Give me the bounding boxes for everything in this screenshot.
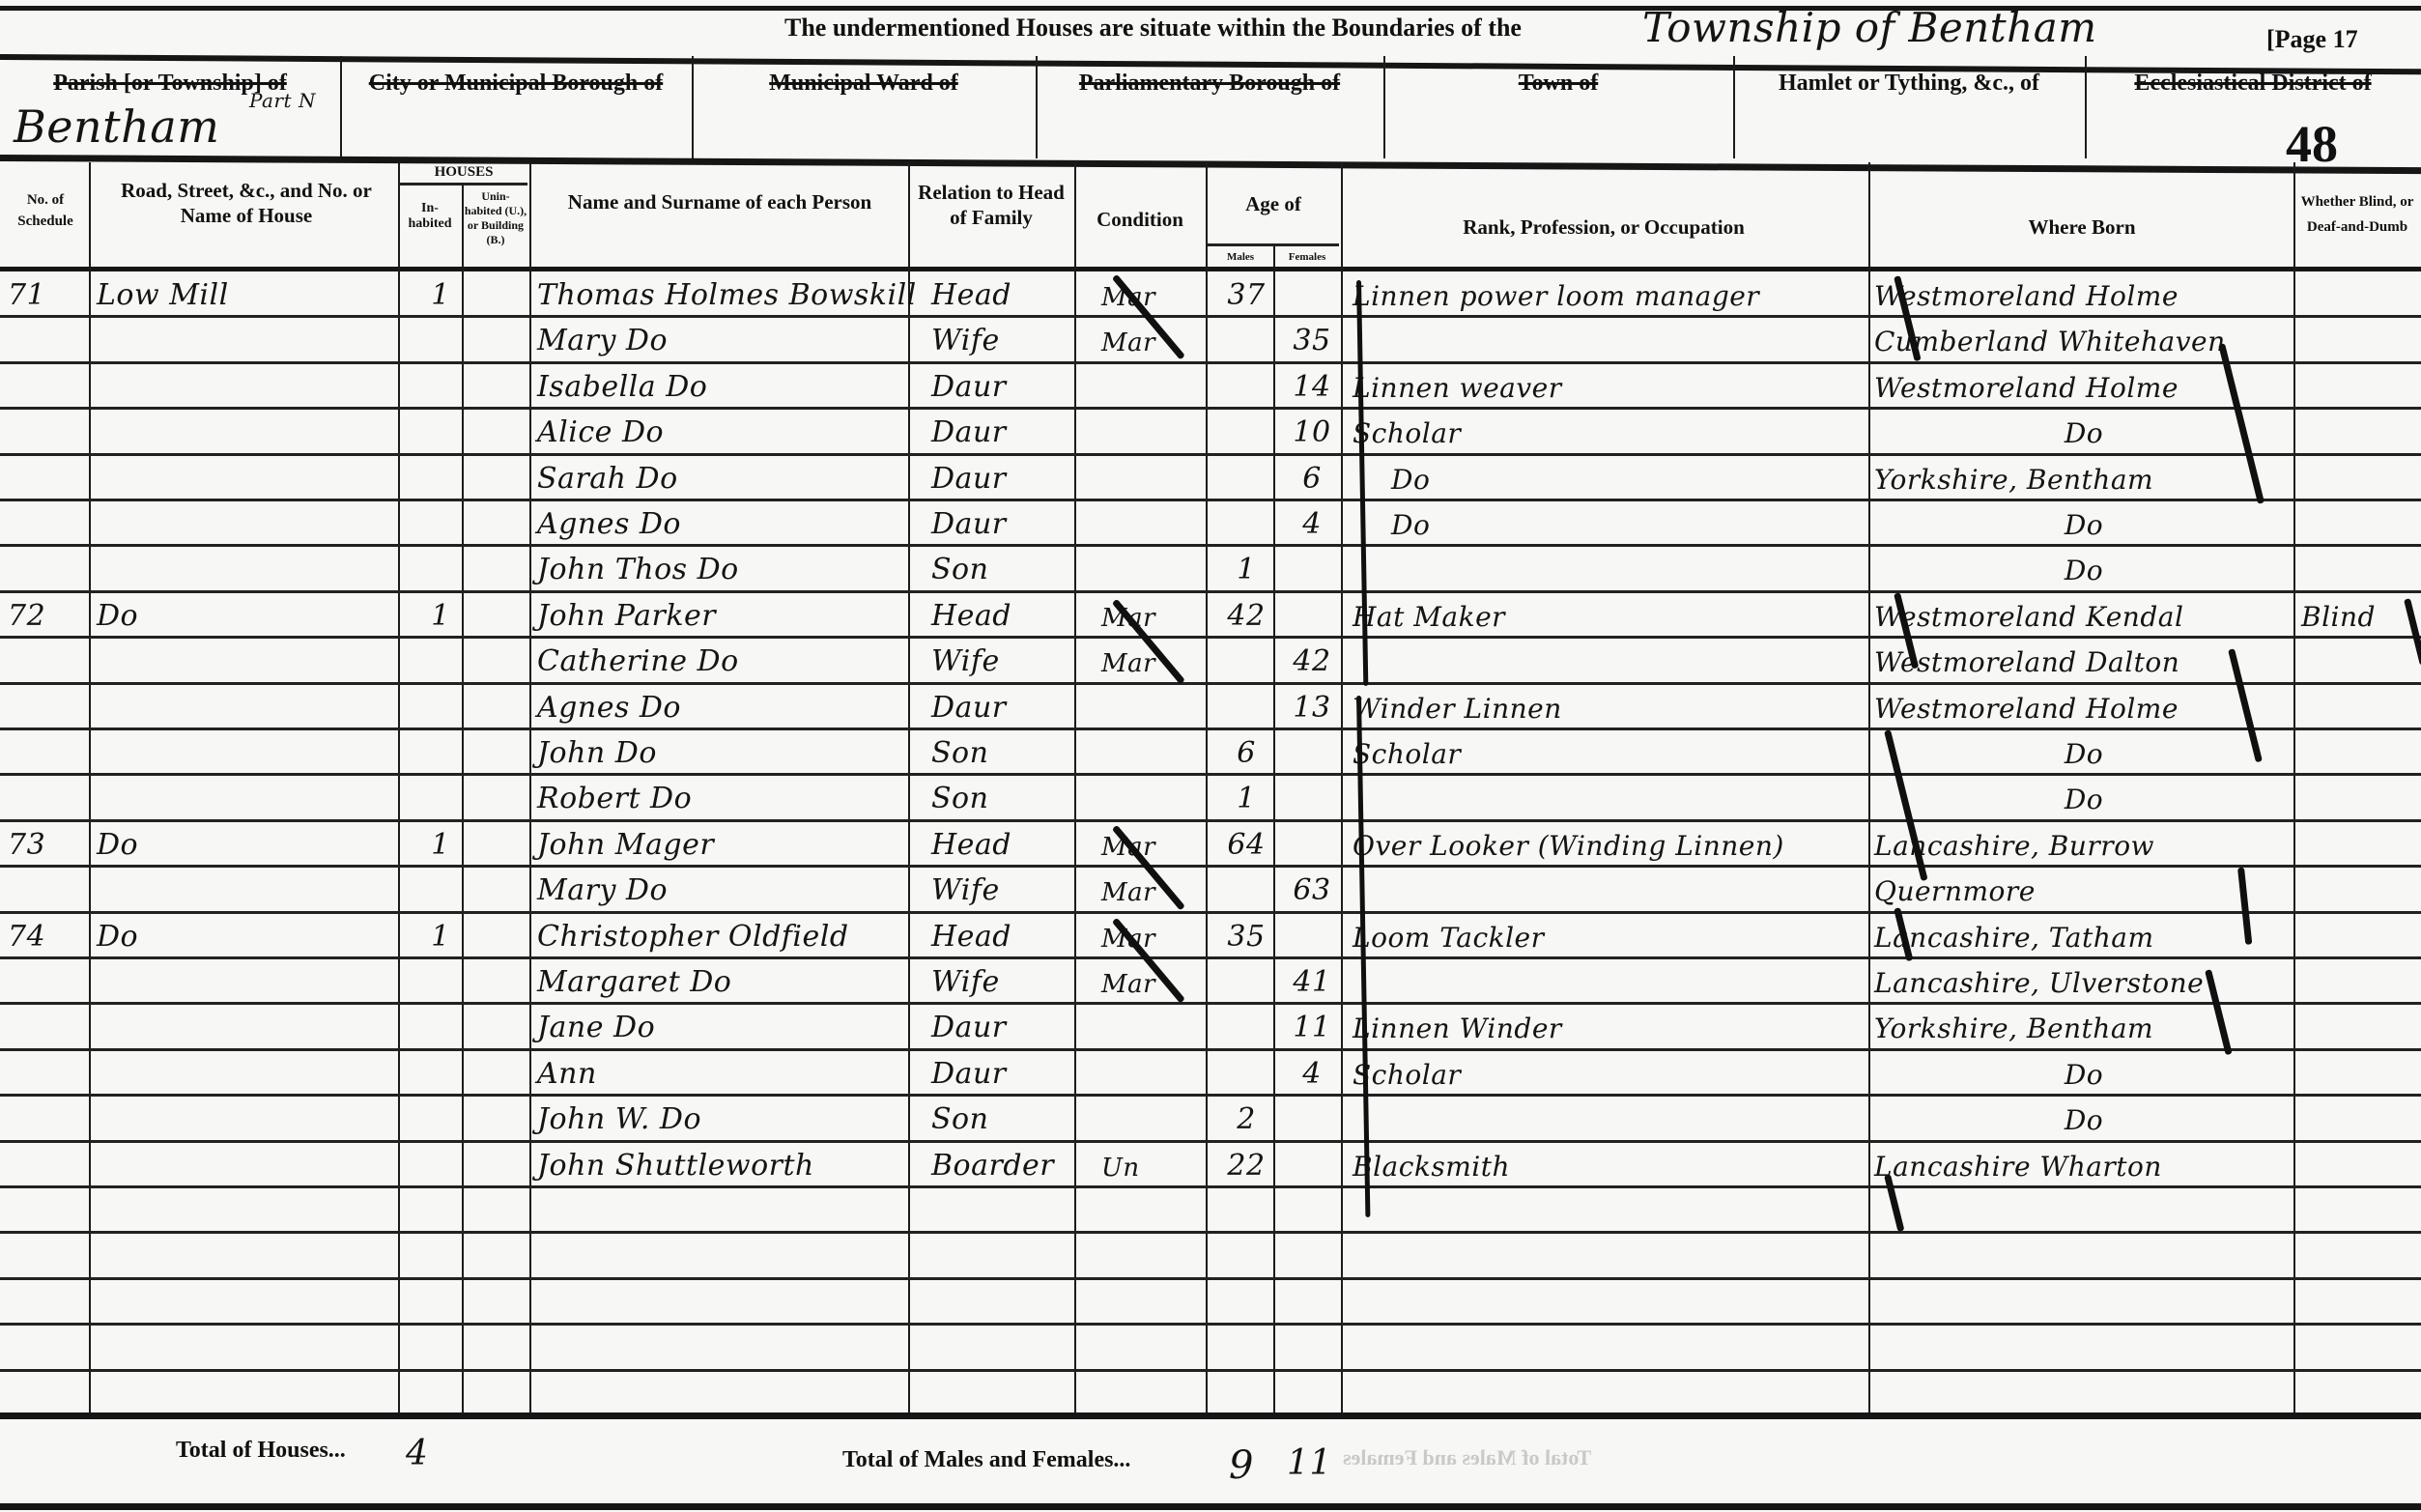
cell-inhabited <box>423 639 458 684</box>
header-boxes-bottom-rule <box>0 155 2421 174</box>
cell-male-age <box>1219 318 1273 363</box>
cell-relation: Son <box>931 776 1072 821</box>
cell-street <box>97 730 392 776</box>
cell-female-age <box>1285 1188 1339 1234</box>
cell-occupation: Linnen power loom manager <box>1353 272 1865 318</box>
cell-female-age <box>1285 1326 1339 1371</box>
cell-condition <box>1101 730 1204 776</box>
cell-female-age <box>1285 272 1339 318</box>
cell-condition <box>1101 410 1204 455</box>
cell-street <box>97 959 392 1005</box>
header-box-label-6: Ecclesiastical District of <box>2093 70 2413 97</box>
cell-uninhabited <box>468 456 526 501</box>
cell-condition <box>1101 1097 1204 1142</box>
cell-where-born: Yorkshire, Bentham <box>1874 456 2293 501</box>
cell-relation: Head <box>931 593 1072 639</box>
cell-uninhabited <box>468 501 526 547</box>
cell-name: Catherine Do <box>537 639 908 684</box>
header-box-divider <box>1733 56 1735 158</box>
cell-street <box>97 456 392 501</box>
cell-inhabited <box>423 318 458 363</box>
cell-uninhabited <box>468 593 526 639</box>
col-header-occupation: Rank, Profession, or Occupation <box>1353 214 1855 240</box>
cell-occupation: Loom Tackler <box>1353 914 1865 959</box>
table-row: 71Low Mill1Thomas Holmes BowskillHeadMar… <box>0 272 2421 318</box>
cell-schedule <box>8 1097 89 1142</box>
cell-blind <box>2301 776 2417 821</box>
cell-condition <box>1101 364 1204 410</box>
banner-text: The undermentioned Houses are situate wi… <box>784 14 1522 43</box>
cell-inhabited <box>423 1234 458 1279</box>
cell-condition <box>1101 1051 1204 1097</box>
header-box-divider <box>340 56 342 158</box>
table-row: Agnes DoDaur13Winder LinnenWestmoreland … <box>0 685 2421 730</box>
cell-blind <box>2301 959 2417 1005</box>
cell-male-age <box>1219 1051 1273 1097</box>
cell-street: Do <box>97 593 392 639</box>
cell-male-age <box>1219 1005 1273 1050</box>
cell-female-age <box>1285 822 1339 868</box>
cell-uninhabited <box>468 776 526 821</box>
cell-street <box>97 1005 392 1050</box>
cell-blind <box>2301 272 2417 318</box>
cell-male-age: 42 <box>1219 593 1273 639</box>
cell-relation: Head <box>931 272 1072 318</box>
cell-street <box>97 1188 392 1234</box>
cell-female-age: 63 <box>1285 868 1339 913</box>
cell-street <box>97 364 392 410</box>
cell-occupation: Scholar <box>1353 1051 1865 1097</box>
cell-blind <box>2301 501 2417 547</box>
cell-female-age <box>1285 593 1339 639</box>
cell-where-born: Lancashire, Tatham <box>1874 914 2293 959</box>
cell-female-age: 35 <box>1285 318 1339 363</box>
cell-occupation <box>1353 547 1865 592</box>
cell-blind <box>2301 410 2417 455</box>
cell-where-born: Do <box>1874 730 2293 776</box>
cell-where-born: Do <box>1874 776 2293 821</box>
cell-male-age: 35 <box>1219 914 1273 959</box>
cell-male-age <box>1219 685 1273 730</box>
cell-condition <box>1101 685 1204 730</box>
cell-name: Christopher Oldfield <box>537 914 908 959</box>
cell-male-age <box>1219 1280 1273 1326</box>
col-header-name: Name and Surname of each Person <box>551 189 889 214</box>
cell-relation: Daur <box>931 364 1072 410</box>
cell-uninhabited <box>468 730 526 776</box>
cell-blind <box>2301 639 2417 684</box>
cell-male-age <box>1219 959 1273 1005</box>
cell-inhabited: 1 <box>423 914 458 959</box>
col-header-houses: HOUSES <box>400 164 527 185</box>
cell-uninhabited <box>468 914 526 959</box>
total-houses-value: 4 <box>406 1434 428 1473</box>
cell-street: Do <box>97 822 392 868</box>
cell-inhabited <box>423 868 458 913</box>
cell-where-born <box>1874 1326 2293 1371</box>
cell-street <box>97 1234 392 1279</box>
cell-blind <box>2301 1234 2417 1279</box>
cell-female-age: 10 <box>1285 410 1339 455</box>
cell-uninhabited <box>468 318 526 363</box>
cell-relation <box>931 1188 1072 1234</box>
cell-street: Low Mill <box>97 272 392 318</box>
cell-uninhabited <box>468 1051 526 1097</box>
col-header-where-born: Where Born <box>1874 214 2290 240</box>
cell-female-age <box>1285 730 1339 776</box>
cell-inhabited <box>423 1143 458 1188</box>
col-header-uninhabited: Unin-habited (U.), or Building (B.) <box>464 189 527 247</box>
cell-inhabited: 1 <box>423 272 458 318</box>
cell-where-born: Do <box>1874 547 2293 592</box>
cell-name: Margaret Do <box>537 959 908 1005</box>
total-persons-label: Total of Males and Females... <box>842 1447 1130 1473</box>
cell-male-age <box>1219 456 1273 501</box>
cell-street <box>97 685 392 730</box>
cell-occupation <box>1353 868 1865 913</box>
cell-uninhabited <box>468 1143 526 1188</box>
table-row: Agnes DoDaur4DoDo <box>0 501 2421 547</box>
cell-female-age <box>1285 1234 1339 1279</box>
cell-where-born <box>1874 1234 2293 1279</box>
cell-occupation <box>1353 1280 1865 1326</box>
cell-occupation <box>1353 1234 1865 1279</box>
cell-occupation <box>1353 959 1865 1005</box>
row-rule <box>0 1369 2421 1372</box>
cell-occupation: Hat Maker <box>1353 593 1865 639</box>
header-box-label-2: Municipal Ward of <box>699 70 1028 97</box>
cell-inhabited <box>423 730 458 776</box>
cell-name: John Do <box>537 730 908 776</box>
cell-female-age: 11 <box>1285 1005 1339 1050</box>
cell-blind <box>2301 364 2417 410</box>
cell-male-age: 1 <box>1219 547 1273 592</box>
cell-male-age: 64 <box>1219 822 1273 868</box>
cell-inhabited <box>423 776 458 821</box>
cell-street <box>97 318 392 363</box>
cell-schedule <box>8 639 89 684</box>
table-row <box>0 1326 2421 1371</box>
cell-relation: Wife <box>931 318 1072 363</box>
cell-occupation <box>1353 318 1865 363</box>
cell-name: Robert Do <box>537 776 908 821</box>
cell-name: John Parker <box>537 593 908 639</box>
cell-male-age: 22 <box>1219 1143 1273 1188</box>
cell-where-born <box>1874 1188 2293 1234</box>
cell-inhabited <box>423 364 458 410</box>
table-row: Isabella DoDaur14Linnen weaverWestmorela… <box>0 364 2421 410</box>
cell-male-age <box>1219 1188 1273 1234</box>
cell-inhabited <box>423 547 458 592</box>
cell-relation <box>931 1280 1072 1326</box>
cell-name: Agnes Do <box>537 685 908 730</box>
cell-name <box>537 1234 908 1279</box>
cell-name: Agnes Do <box>537 501 908 547</box>
cell-occupation: Over Looker (Winding Linnen) <box>1353 822 1865 868</box>
cell-relation: Head <box>931 822 1072 868</box>
cell-relation: Boarder <box>931 1143 1072 1188</box>
col-header-males: Males <box>1208 249 1273 265</box>
cell-schedule <box>8 1188 89 1234</box>
cell-street <box>97 1326 392 1371</box>
cell-name <box>537 1326 908 1371</box>
cell-uninhabited <box>468 272 526 318</box>
cell-relation: Son <box>931 730 1072 776</box>
cell-relation: Daur <box>931 410 1072 455</box>
cell-uninhabited <box>468 639 526 684</box>
cell-blind <box>2301 730 2417 776</box>
cell-schedule <box>8 685 89 730</box>
cell-where-born: Lancashire, Ulverstone <box>1874 959 2293 1005</box>
table-row: Jane DoDaur11Linnen WinderYorkshire, Ben… <box>0 1005 2421 1050</box>
cell-street <box>97 410 392 455</box>
cell-male-age <box>1219 639 1273 684</box>
cell-uninhabited <box>468 1005 526 1050</box>
cell-where-born <box>1874 1280 2293 1326</box>
cell-blind <box>2301 1143 2417 1188</box>
table-row <box>0 1188 2421 1234</box>
cell-blind <box>2301 1188 2417 1234</box>
page-number: [Page 17 <box>2266 25 2358 54</box>
cell-occupation: Scholar <box>1353 410 1865 455</box>
header-box-divider <box>2085 56 2087 158</box>
cell-occupation: Do <box>1353 501 1865 547</box>
cell-name <box>537 1188 908 1234</box>
total-houses-label: Total of Houses... <box>176 1438 346 1464</box>
cell-schedule <box>8 730 89 776</box>
cell-name: John Thos Do <box>537 547 908 592</box>
cell-name: Thomas Holmes Bowskill <box>537 272 908 318</box>
cell-relation: Daur <box>931 1005 1072 1050</box>
cell-inhabited <box>423 1280 458 1326</box>
cell-name: Ann <box>537 1051 908 1097</box>
cell-relation: Wife <box>931 959 1072 1005</box>
cell-relation: Daur <box>931 685 1072 730</box>
cell-female-age <box>1285 1097 1339 1142</box>
cell-name: John Shuttleworth <box>537 1143 908 1188</box>
cell-where-born: Yorkshire, Bentham <box>1874 1005 2293 1050</box>
cell-street <box>97 547 392 592</box>
cell-street <box>97 501 392 547</box>
cell-condition <box>1101 1280 1204 1326</box>
cell-uninhabited <box>468 959 526 1005</box>
cell-female-age: 13 <box>1285 685 1339 730</box>
cell-condition <box>1101 1326 1204 1371</box>
cell-male-age <box>1219 1326 1273 1371</box>
header-box-label-1: City or Municipal Borough of <box>348 70 684 97</box>
col-header-inhabited: In-habited <box>400 201 460 232</box>
cell-schedule <box>8 1280 89 1326</box>
cell-inhabited <box>423 1051 458 1097</box>
cell-name: Isabella Do <box>537 364 908 410</box>
cell-occupation: Blacksmith <box>1353 1143 1865 1188</box>
header-box-label-5: Hamlet or Tything, &c., of <box>1741 70 2077 97</box>
table-row: Catherine DoWifeMar42Westmoreland Dalton <box>0 639 2421 684</box>
cell-uninhabited <box>468 410 526 455</box>
cell-relation: Daur <box>931 1051 1072 1097</box>
cell-female-age <box>1285 547 1339 592</box>
cell-relation <box>931 1234 1072 1279</box>
table-row: AnnDaur4ScholarDo <box>0 1051 2421 1097</box>
header-box-divider <box>1383 56 1385 158</box>
cell-blind <box>2301 547 2417 592</box>
cell-condition <box>1101 776 1204 821</box>
cell-inhabited: 1 <box>423 593 458 639</box>
cell-street <box>97 1143 392 1188</box>
table-row: Mary DoWifeMar63Quernmore <box>0 868 2421 913</box>
cell-where-born: Westmoreland Holme <box>1874 272 2293 318</box>
col-header-street: Road, Street, &c., and No. or Name of Ho… <box>106 178 386 228</box>
cell-relation: Head <box>931 914 1072 959</box>
cell-blind <box>2301 1280 2417 1326</box>
cell-inhabited <box>423 1188 458 1234</box>
cell-female-age: 42 <box>1285 639 1339 684</box>
cell-female-age: 41 <box>1285 959 1339 1005</box>
table-row: 73Do1John MagerHeadMar64Over Looker (Win… <box>0 822 2421 868</box>
cell-name: Jane Do <box>537 1005 908 1050</box>
cell-schedule: 74 <box>8 914 89 959</box>
cell-where-born: Do <box>1874 410 2293 455</box>
cell-schedule: 72 <box>8 593 89 639</box>
cell-inhabited <box>423 456 458 501</box>
table-row: Sarah DoDaur6DoYorkshire, Bentham <box>0 456 2421 501</box>
header-box-label-3: Parliamentary Borough of <box>1043 70 1376 97</box>
cell-male-age <box>1219 410 1273 455</box>
cell-uninhabited <box>468 364 526 410</box>
table-row: 72Do1John ParkerHeadMar42Hat MakerWestmo… <box>0 593 2421 639</box>
cell-occupation <box>1353 1097 1865 1142</box>
table-row: John DoSon6ScholarDo <box>0 730 2421 776</box>
column-header-bottom-rule <box>0 267 2421 271</box>
cell-occupation: Winder Linnen <box>1353 685 1865 730</box>
cell-female-age: 6 <box>1285 456 1339 501</box>
table-row <box>0 1280 2421 1326</box>
cell-female-age: 4 <box>1285 501 1339 547</box>
cell-male-age <box>1219 364 1273 410</box>
cell-uninhabited <box>468 547 526 592</box>
cell-schedule <box>8 547 89 592</box>
cell-where-born: Do <box>1874 501 2293 547</box>
cell-inhabited <box>423 959 458 1005</box>
cell-relation: Daur <box>931 456 1072 501</box>
cell-blind <box>2301 1326 2417 1371</box>
cell-schedule <box>8 1234 89 1279</box>
cell-blind <box>2301 822 2417 868</box>
cell-condition <box>1101 1188 1204 1234</box>
cell-schedule <box>8 868 89 913</box>
cell-blind <box>2301 914 2417 959</box>
cell-street <box>97 639 392 684</box>
cell-female-age: 4 <box>1285 1051 1339 1097</box>
cell-blind <box>2301 318 2417 363</box>
parish-note: Part N <box>249 89 316 112</box>
cell-occupation: Do <box>1353 456 1865 501</box>
cell-inhabited <box>423 1097 458 1142</box>
cell-where-born: Cumberland Whitehaven <box>1874 318 2293 363</box>
cell-uninhabited <box>468 1188 526 1234</box>
table-row: John Thos DoSon1Do <box>0 547 2421 592</box>
cell-schedule <box>8 959 89 1005</box>
cell-uninhabited <box>468 868 526 913</box>
banner-township-handwritten: Township of Bentham <box>1642 4 2097 51</box>
cell-name: Mary Do <box>537 868 908 913</box>
totals-top-rule <box>0 1412 2421 1419</box>
cell-relation: Son <box>931 547 1072 592</box>
table-row: John ShuttleworthBoarderUn22BlacksmithLa… <box>0 1143 2421 1188</box>
cell-uninhabited <box>468 1097 526 1142</box>
cell-occupation <box>1353 1326 1865 1371</box>
cell-name: Sarah Do <box>537 456 908 501</box>
cell-street <box>97 776 392 821</box>
cell-schedule <box>8 456 89 501</box>
header-box-divider <box>1036 56 1038 158</box>
cell-uninhabited <box>468 1234 526 1279</box>
cell-name <box>537 1280 908 1326</box>
table-row: Mary DoWifeMar35Cumberland Whitehaven <box>0 318 2421 363</box>
cell-condition <box>1101 456 1204 501</box>
cell-street <box>97 1280 392 1326</box>
cell-inhabited <box>423 1005 458 1050</box>
cell-schedule: 73 <box>8 822 89 868</box>
cell-name: John Mager <box>537 822 908 868</box>
cell-male-age: 37 <box>1219 272 1273 318</box>
cell-occupation <box>1353 639 1865 684</box>
cell-occupation <box>1353 1188 1865 1234</box>
cell-schedule <box>8 1005 89 1050</box>
cell-where-born: Westmoreland Holme <box>1874 685 2293 730</box>
cell-where-born: Do <box>1874 1051 2293 1097</box>
cell-uninhabited <box>468 685 526 730</box>
cell-schedule <box>8 410 89 455</box>
cell-occupation <box>1353 776 1865 821</box>
cell-name: John W. Do <box>537 1097 908 1142</box>
cell-where-born: Lancashire Wharton <box>1874 1143 2293 1188</box>
header-box-divider <box>692 56 694 158</box>
cell-male-age <box>1219 1234 1273 1279</box>
table-row: John W. DoSon2Do <box>0 1097 2421 1142</box>
table-row: Margaret DoWifeMar41Lancashire, Ulversto… <box>0 959 2421 1005</box>
total-males-value: 9 <box>1229 1443 1254 1488</box>
cell-occupation: Linnen Winder <box>1353 1005 1865 1050</box>
cell-male-age: 1 <box>1219 776 1273 821</box>
cell-occupation: Linnen weaver <box>1353 364 1865 410</box>
cell-male-age <box>1219 868 1273 913</box>
cell-male-age: 2 <box>1219 1097 1273 1142</box>
cell-female-age <box>1285 1280 1339 1326</box>
cell-inhabited <box>423 1326 458 1371</box>
bleedthrough-text: Total of Males and Females <box>1343 1445 1591 1470</box>
cell-schedule <box>8 318 89 363</box>
cell-condition: Un <box>1101 1143 1204 1188</box>
houses-subdivider <box>462 184 464 271</box>
cell-male-age: 6 <box>1219 730 1273 776</box>
cell-relation: Daur <box>931 501 1072 547</box>
cell-blind: Blind <box>2301 593 2417 639</box>
cell-schedule <box>8 1051 89 1097</box>
cell-relation <box>931 1326 1072 1371</box>
cell-inhabited: 1 <box>423 822 458 868</box>
cell-where-born: Quernmore <box>1874 868 2293 913</box>
col-header-females: Females <box>1275 249 1339 265</box>
cell-schedule: 71 <box>8 272 89 318</box>
col-header-relation: Relation to Head of Family <box>918 180 1065 230</box>
cell-blind <box>2301 685 2417 730</box>
cell-occupation: Scholar <box>1353 730 1865 776</box>
cell-street <box>97 868 392 913</box>
table-row: 74Do1Christopher OldfieldHeadMar35Loom T… <box>0 914 2421 959</box>
cell-inhabited <box>423 685 458 730</box>
page-bottom-rule <box>0 1503 2421 1510</box>
